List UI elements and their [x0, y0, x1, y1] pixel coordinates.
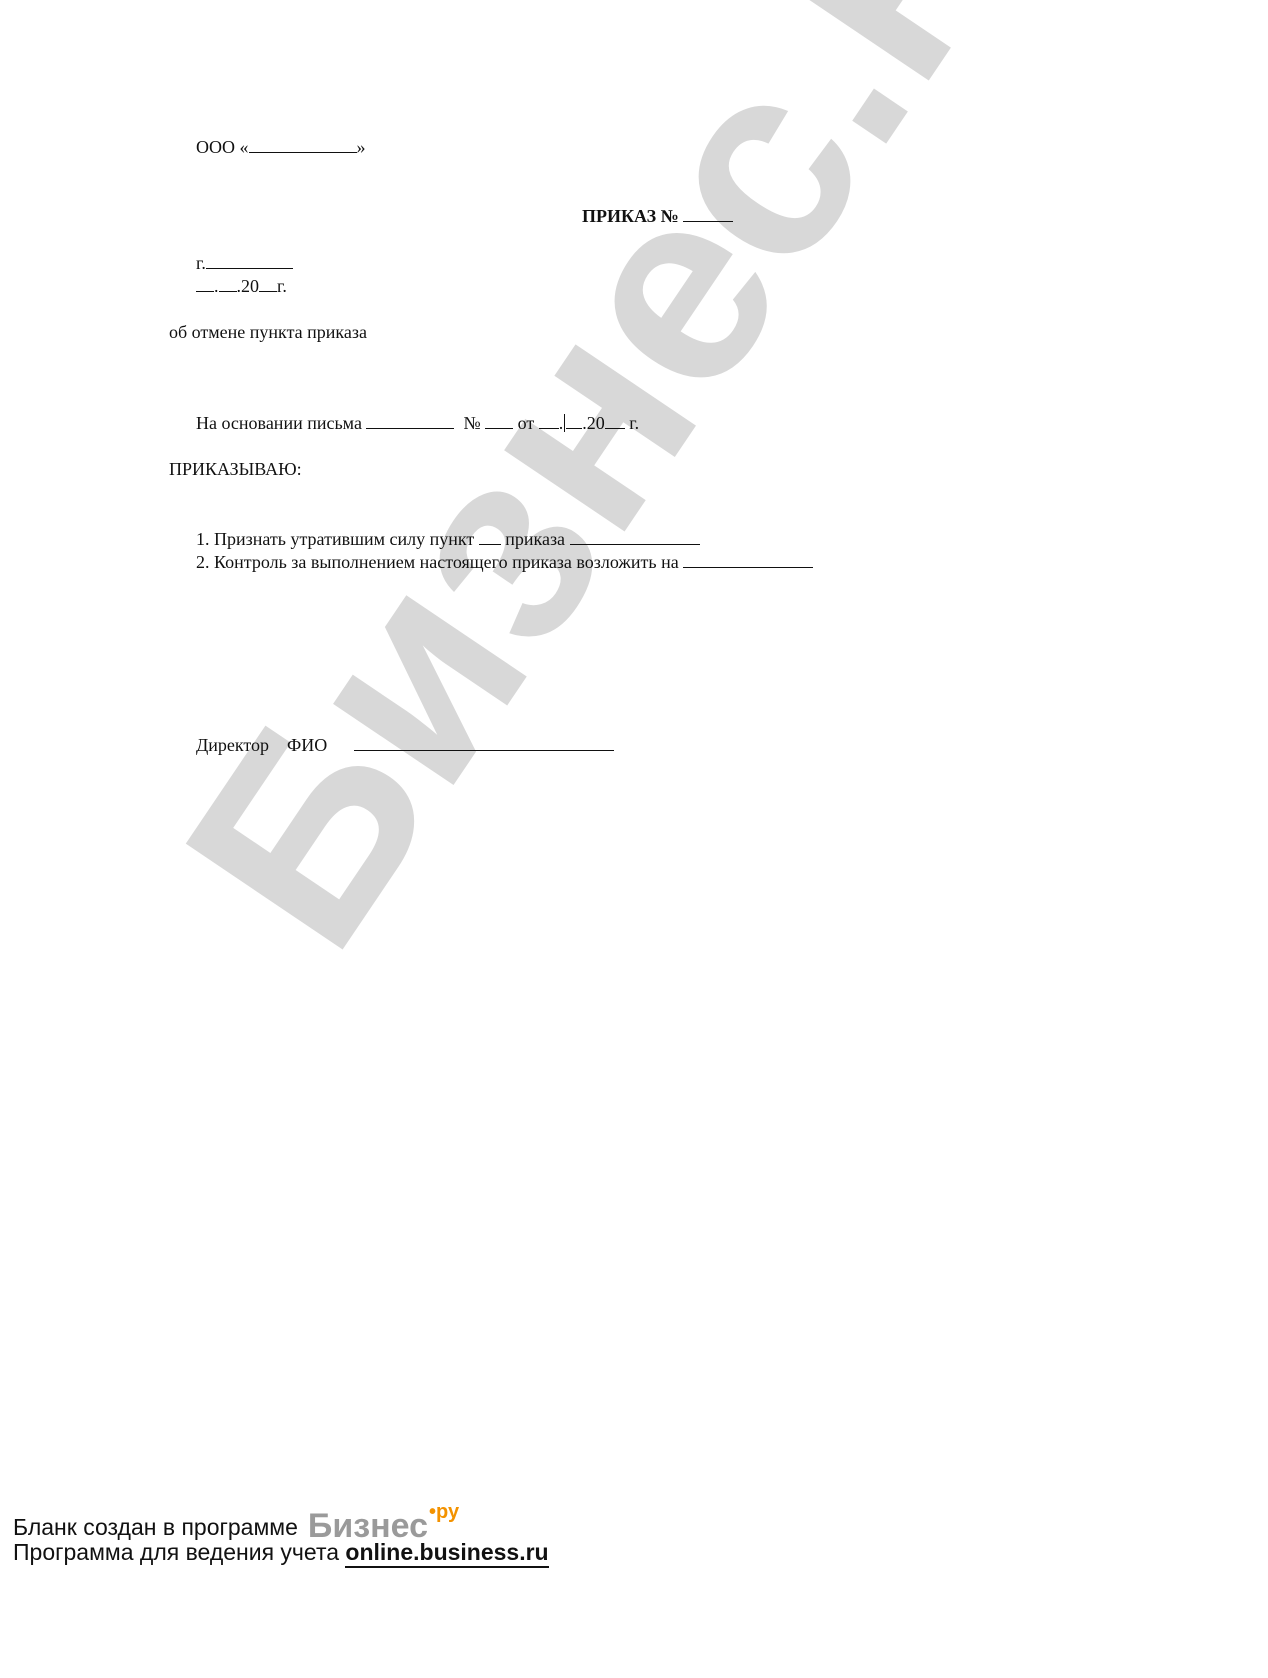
order-item-2: 2. Контроль за выполнением настоящего пр… — [169, 528, 813, 595]
organization-line: ООО «» — [169, 113, 366, 180]
letter-blank[interactable] — [366, 411, 454, 429]
basis-suffix: г. — [629, 413, 639, 433]
item-2-text: 2. Контроль за выполнением настоящего пр… — [196, 552, 679, 572]
order-title: ПРИКАЗ № — [555, 182, 733, 249]
basis-from-label: от — [518, 413, 535, 433]
date-year-blank[interactable] — [259, 274, 277, 292]
footer-created-text: Бланк создан в программе — [13, 1514, 298, 1540]
order-subject: об отмене пункта приказа — [169, 321, 367, 343]
footer: Бланк создан в программеБизнес•ру Програ… — [13, 1514, 549, 1565]
date-year-prefix: .20 — [237, 276, 260, 296]
text-cursor — [564, 414, 565, 432]
org-suffix: » — [357, 137, 366, 157]
signature-name-label: ФИО — [287, 735, 327, 755]
document-body: ООО «» ПРИКАЗ № г. ..20г. об отмене пунк… — [0, 0, 1268, 1678]
item-2-person-blank[interactable] — [683, 550, 813, 568]
document-page: Бизнес.Ру ООО «» ПРИКАЗ № г. ..20г. об о… — [0, 0, 1268, 1678]
letter-month-blank[interactable] — [566, 411, 582, 429]
order-number-blank[interactable] — [683, 204, 733, 222]
signature-position: Директор — [196, 735, 269, 755]
date-month-blank[interactable] — [219, 274, 237, 292]
basis-number-label: № — [463, 413, 480, 433]
basis-prefix: На основании письма — [196, 413, 362, 433]
letter-year-blank[interactable] — [605, 411, 625, 429]
footer-line-2: Программа для ведения учета online.busin… — [13, 1540, 549, 1565]
org-name-blank[interactable] — [249, 135, 357, 153]
basis-year-prefix: .20 — [582, 413, 605, 433]
logo-main-text: Бизнес — [308, 1507, 428, 1545]
date-line: ..20г. — [169, 252, 287, 319]
basis-line: На основании письма № от ..20 г. — [169, 389, 639, 456]
date-day-blank[interactable] — [196, 274, 214, 292]
business-ru-logo: Бизнес•ру — [308, 1514, 428, 1539]
signature-blank[interactable] — [354, 733, 614, 751]
footer-program-text: Программа для ведения учета — [13, 1539, 339, 1565]
order-title-text: ПРИКАЗ № — [582, 206, 679, 226]
footer-line-1: Бланк создан в программеБизнес•ру — [13, 1514, 549, 1540]
date-suffix: г. — [277, 276, 287, 296]
order-heading: ПРИКАЗЫВАЮ: — [169, 458, 302, 480]
letter-number-blank[interactable] — [485, 411, 513, 429]
letter-day-blank[interactable] — [539, 411, 559, 429]
signature-line: Директор ФИО — [169, 711, 614, 778]
logo-sup-text: •ру — [429, 1500, 459, 1525]
org-prefix: ООО « — [196, 137, 249, 157]
